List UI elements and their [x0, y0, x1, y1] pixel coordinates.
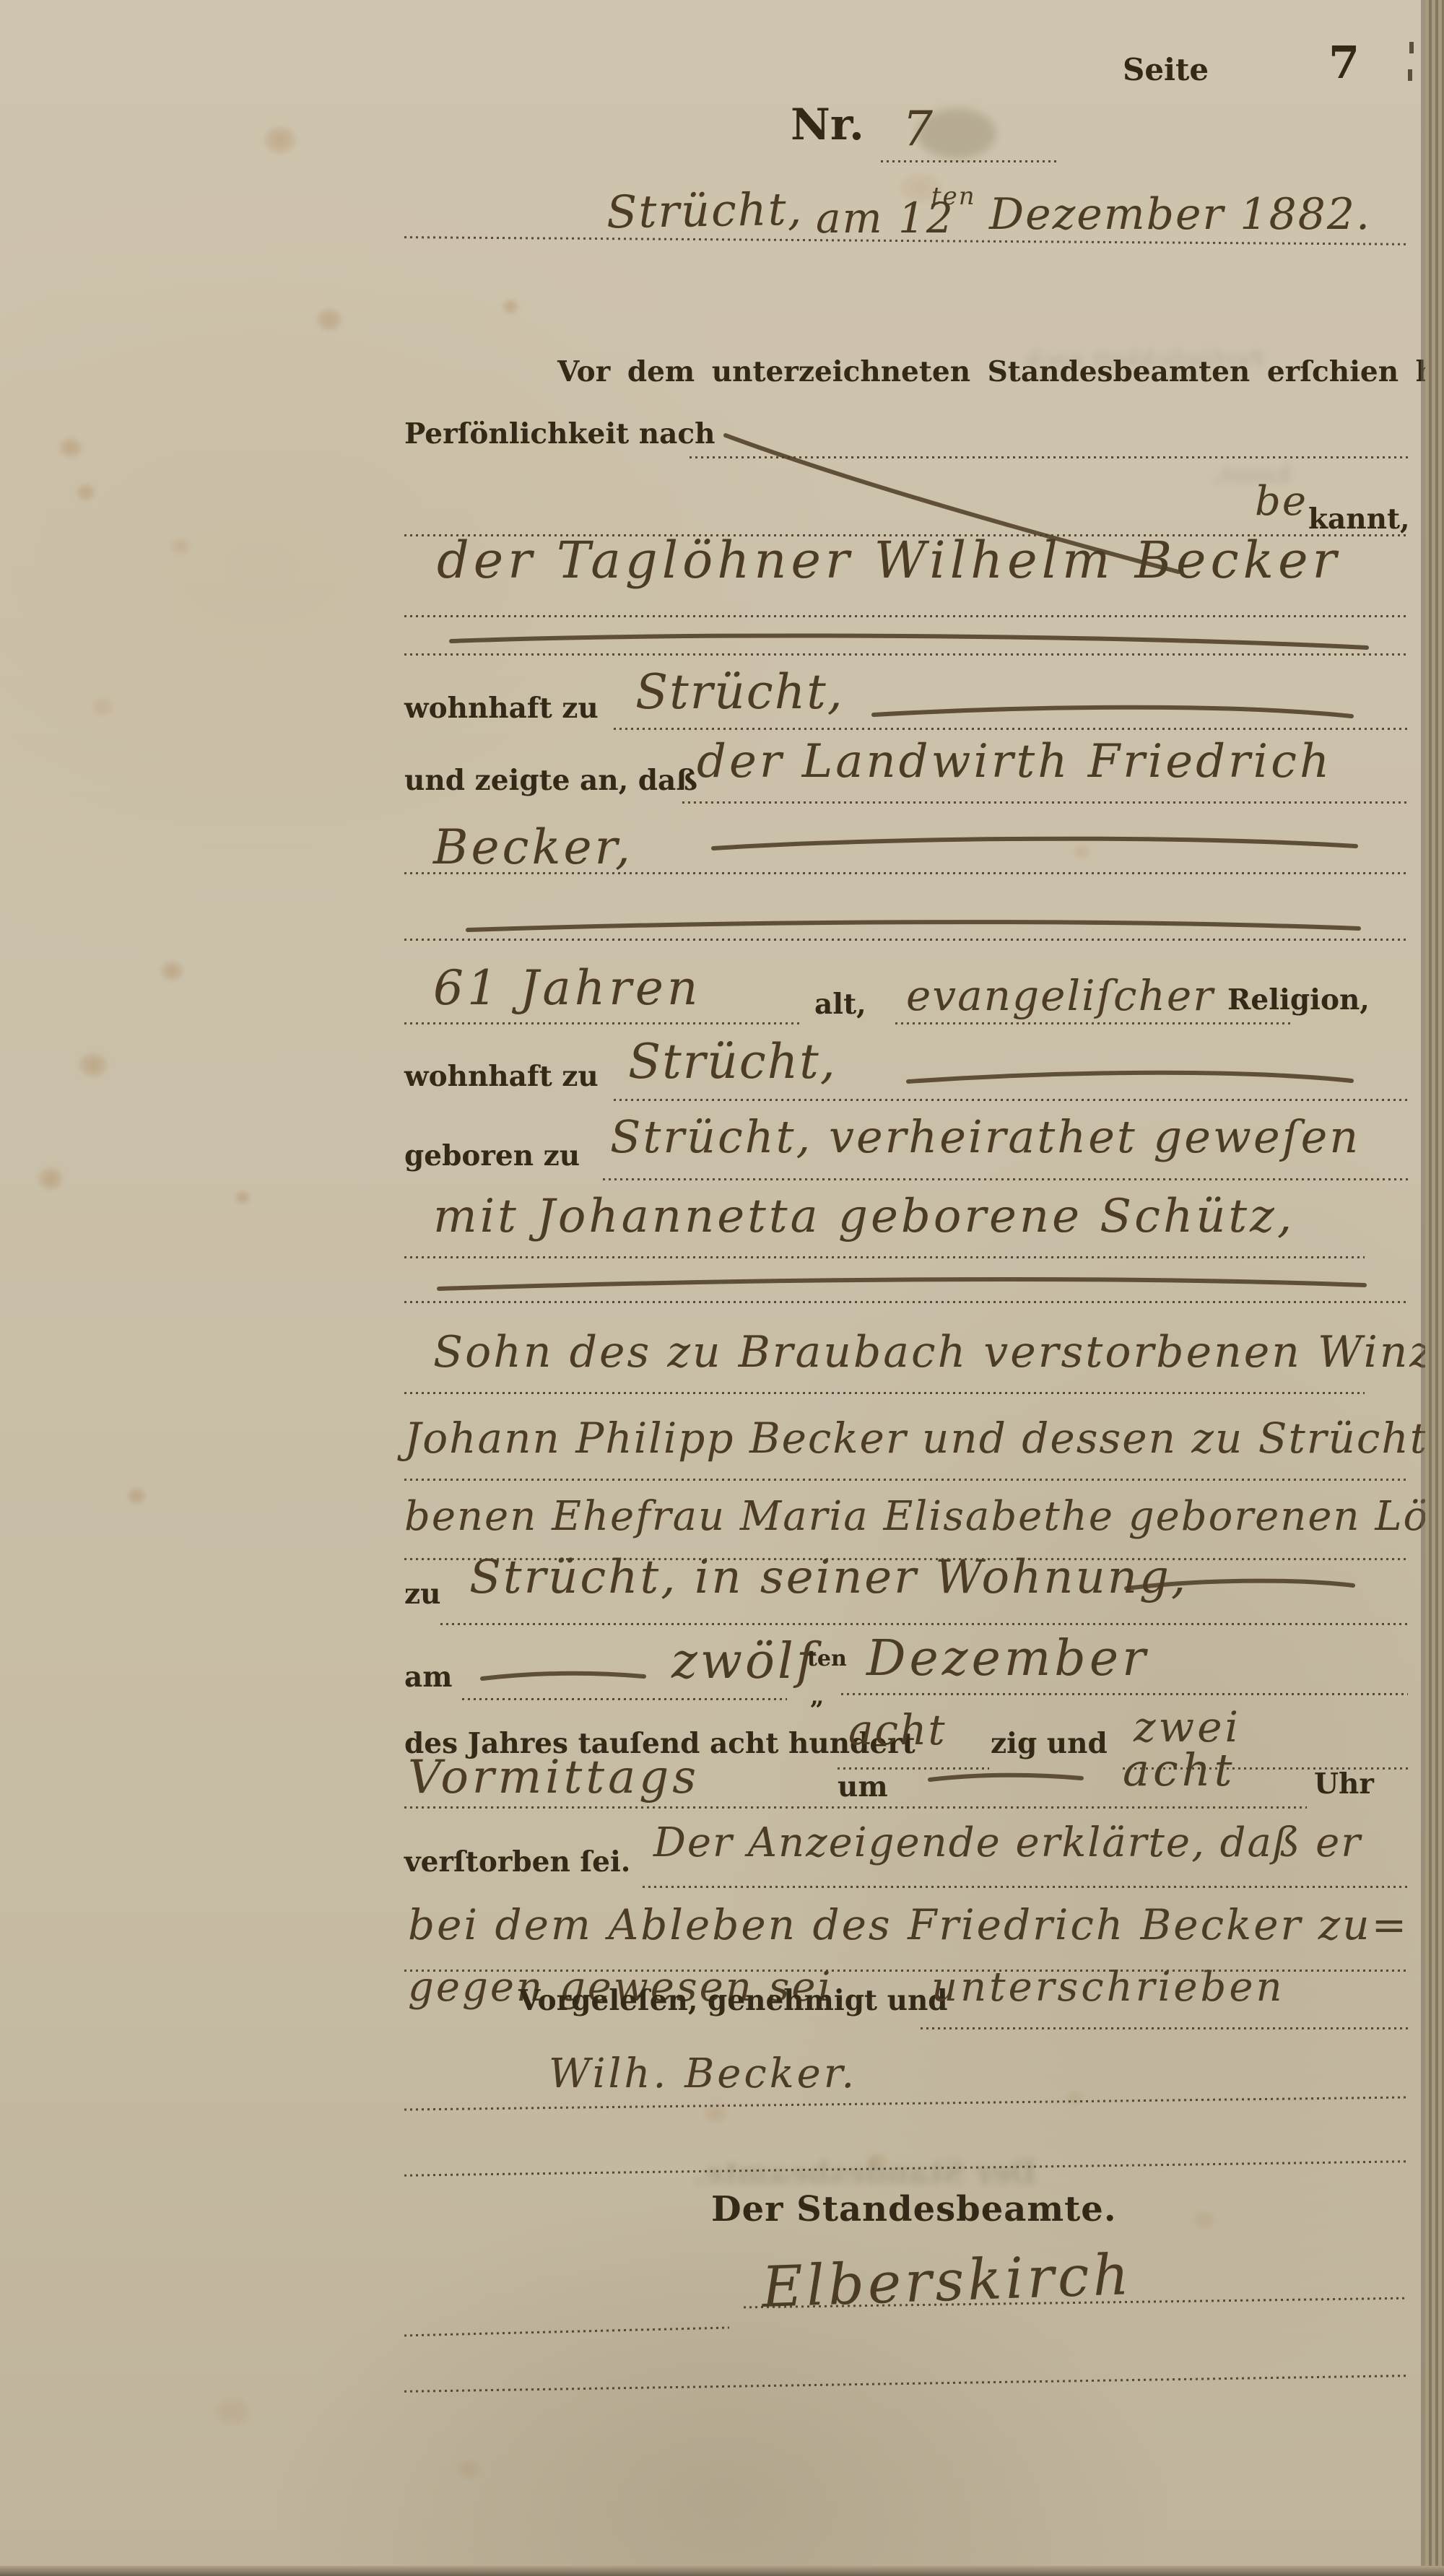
dotted-line: [404, 872, 1408, 874]
death-hour-label: Uhr: [1314, 1767, 1374, 1801]
margin-ink-mark: [1408, 69, 1412, 81]
death-hour-hand: acht: [1123, 1744, 1236, 1796]
foxing-stain: [451, 2455, 486, 2484]
dotted-line: [404, 2327, 729, 2337]
bleedthrough-registrar-title: Der Standesbeamte.: [693, 2155, 1037, 2190]
born-hand1: Strücht, verheirathet geweſen: [610, 1110, 1360, 1163]
record-number-label: Nr.: [791, 100, 864, 150]
dotted-line: [895, 1022, 1292, 1024]
dotted-line: [404, 1022, 801, 1024]
death-place-label: zu: [404, 1578, 441, 1611]
parents-line1: Sohn des zu Braubach verstorbenen Winzer…: [433, 1327, 1444, 1378]
dotted-line: [404, 1479, 1408, 1481]
death-day-hand: zwölf: [671, 1633, 817, 1690]
declarant-line: der Taglöhner Wilhelm Becker: [437, 531, 1341, 590]
report-label: und zeigte an, daß: [404, 764, 697, 797]
date-day-suffix: ten: [931, 182, 976, 211]
age-label: alt,: [814, 988, 866, 1021]
dotted-line: [404, 2375, 1408, 2393]
attestation-print: Vorgeleſen, genehmigt und: [518, 1984, 948, 2017]
foxing-stain: [155, 957, 188, 985]
parents-line2: Johann Philipp Becker und dessen zu Strü…: [404, 1414, 1444, 1463]
foxing-stain: [1188, 2206, 1221, 2235]
report-line1: der Landwirth Friedrich: [697, 735, 1332, 788]
foxing-stain: [1061, 2087, 1087, 2110]
death-place-hand: Strücht, in seiner Wohnung,: [469, 1551, 1188, 1604]
residence2-label: wohnhaft zu: [404, 1060, 599, 1093]
dotted-line: [404, 939, 1408, 941]
foxing-stain: [310, 303, 348, 336]
religion-hand: evangeliſcher: [906, 971, 1214, 1020]
dotted-line: [841, 1693, 1408, 1695]
foxing-stain: [498, 296, 523, 318]
page-number: 7: [1328, 36, 1360, 89]
death-month-hand: Dezember: [866, 1630, 1149, 1687]
foxing-stain: [1069, 841, 1095, 863]
born-hand2: mit Johannetta geborene Schütz,: [433, 1190, 1295, 1243]
dotted-line: [838, 1767, 989, 1770]
dotted-line: [404, 1256, 1365, 1258]
report-line2: Becker,: [433, 819, 633, 875]
dotted-line: [603, 1178, 1408, 1180]
date-month-year: Dezember 1882.: [989, 189, 1371, 240]
margin-ink-mark: [1409, 42, 1414, 53]
death-day-suffix: ten: [807, 1646, 847, 1671]
dotted-line: [921, 2027, 1408, 2029]
book-edge: [1425, 0, 1444, 2576]
identity-label: Perſönlichkeit nach: [404, 417, 716, 451]
registrar-title: Der Standesbeamte.: [711, 2189, 1117, 2229]
dotted-line: [690, 456, 1408, 458]
death-time-hand: Vormittags: [408, 1751, 700, 1804]
religion-label: Religion,: [1227, 983, 1370, 1017]
foxing-stain: [72, 1047, 114, 1083]
record-number-value: 7: [902, 101, 934, 157]
death-year-hand1: acht: [848, 1705, 947, 1754]
death-time-label: um: [838, 1770, 888, 1803]
dotted-line: [440, 1623, 1408, 1625]
declarant-signature: Wilh. Becker.: [549, 2050, 857, 2097]
intro-line: Vor dem unterzeichneten Standesbeamten e…: [557, 355, 1444, 388]
foxing-stain: [32, 1162, 69, 1196]
parents-line3: benen Ehefrau Maria Elisabethe geborenen…: [404, 1493, 1444, 1540]
foxing-stain: [72, 480, 100, 505]
dotted-line: [614, 1099, 1408, 1101]
foxing-stain: [231, 1188, 254, 1208]
dotted-line: [614, 728, 1408, 730]
foxing-stain: [166, 534, 195, 559]
age-hand: 61 Jahren: [433, 960, 701, 1016]
dotted-line: [404, 1301, 1408, 1303]
registrar-signature: Elberskirch: [761, 2242, 1134, 2320]
death-date-label: am: [404, 1661, 453, 1694]
page-label: Seite: [1123, 52, 1209, 87]
foxing-stain: [256, 119, 304, 161]
death-register-page: Der Standesbeamte. Perſönlichkeit nach k…: [0, 0, 1444, 2576]
death-year-mid: zig und: [991, 1727, 1108, 1760]
foxing-stain: [87, 693, 118, 721]
foxing-stain: [54, 433, 87, 462]
dotted-line: [404, 1392, 1365, 1394]
residence-label: wohnhaft zu: [404, 692, 599, 725]
foxing-stain: [697, 2097, 734, 2129]
residence-hand: Strücht,: [635, 664, 844, 720]
death-day-suffix-mark: „: [810, 1682, 825, 1711]
known-hand: be: [1255, 478, 1308, 525]
born-label: geboren zu: [404, 1139, 580, 1172]
foxing-stain: [206, 2390, 259, 2433]
dotted-line: [404, 1806, 1307, 1809]
dotted-line: [682, 801, 1408, 804]
attestation-hand: unterschrieben: [931, 1964, 1285, 2011]
foxing-stain: [123, 1484, 150, 1508]
residence2-hand: Strücht,: [628, 1034, 837, 1089]
closing-hand1: Der Anzeigende erklärte, daß er: [653, 1819, 1362, 1866]
dotted-line: [462, 1698, 787, 1700]
dotted-line: [404, 653, 1408, 656]
dotted-line: [404, 2097, 1408, 2111]
date-place: Strücht,: [606, 183, 803, 239]
dotted-line: [404, 615, 1408, 617]
bottom-edge: [0, 2566, 1444, 2576]
dotted-line: [643, 1886, 1408, 1888]
closing-print: verſtorben ſei.: [404, 1845, 630, 1879]
closing-hand2: bei dem Ableben des Friedrich Becker zu=: [408, 1900, 1409, 1949]
dotted-line: [881, 160, 1058, 162]
